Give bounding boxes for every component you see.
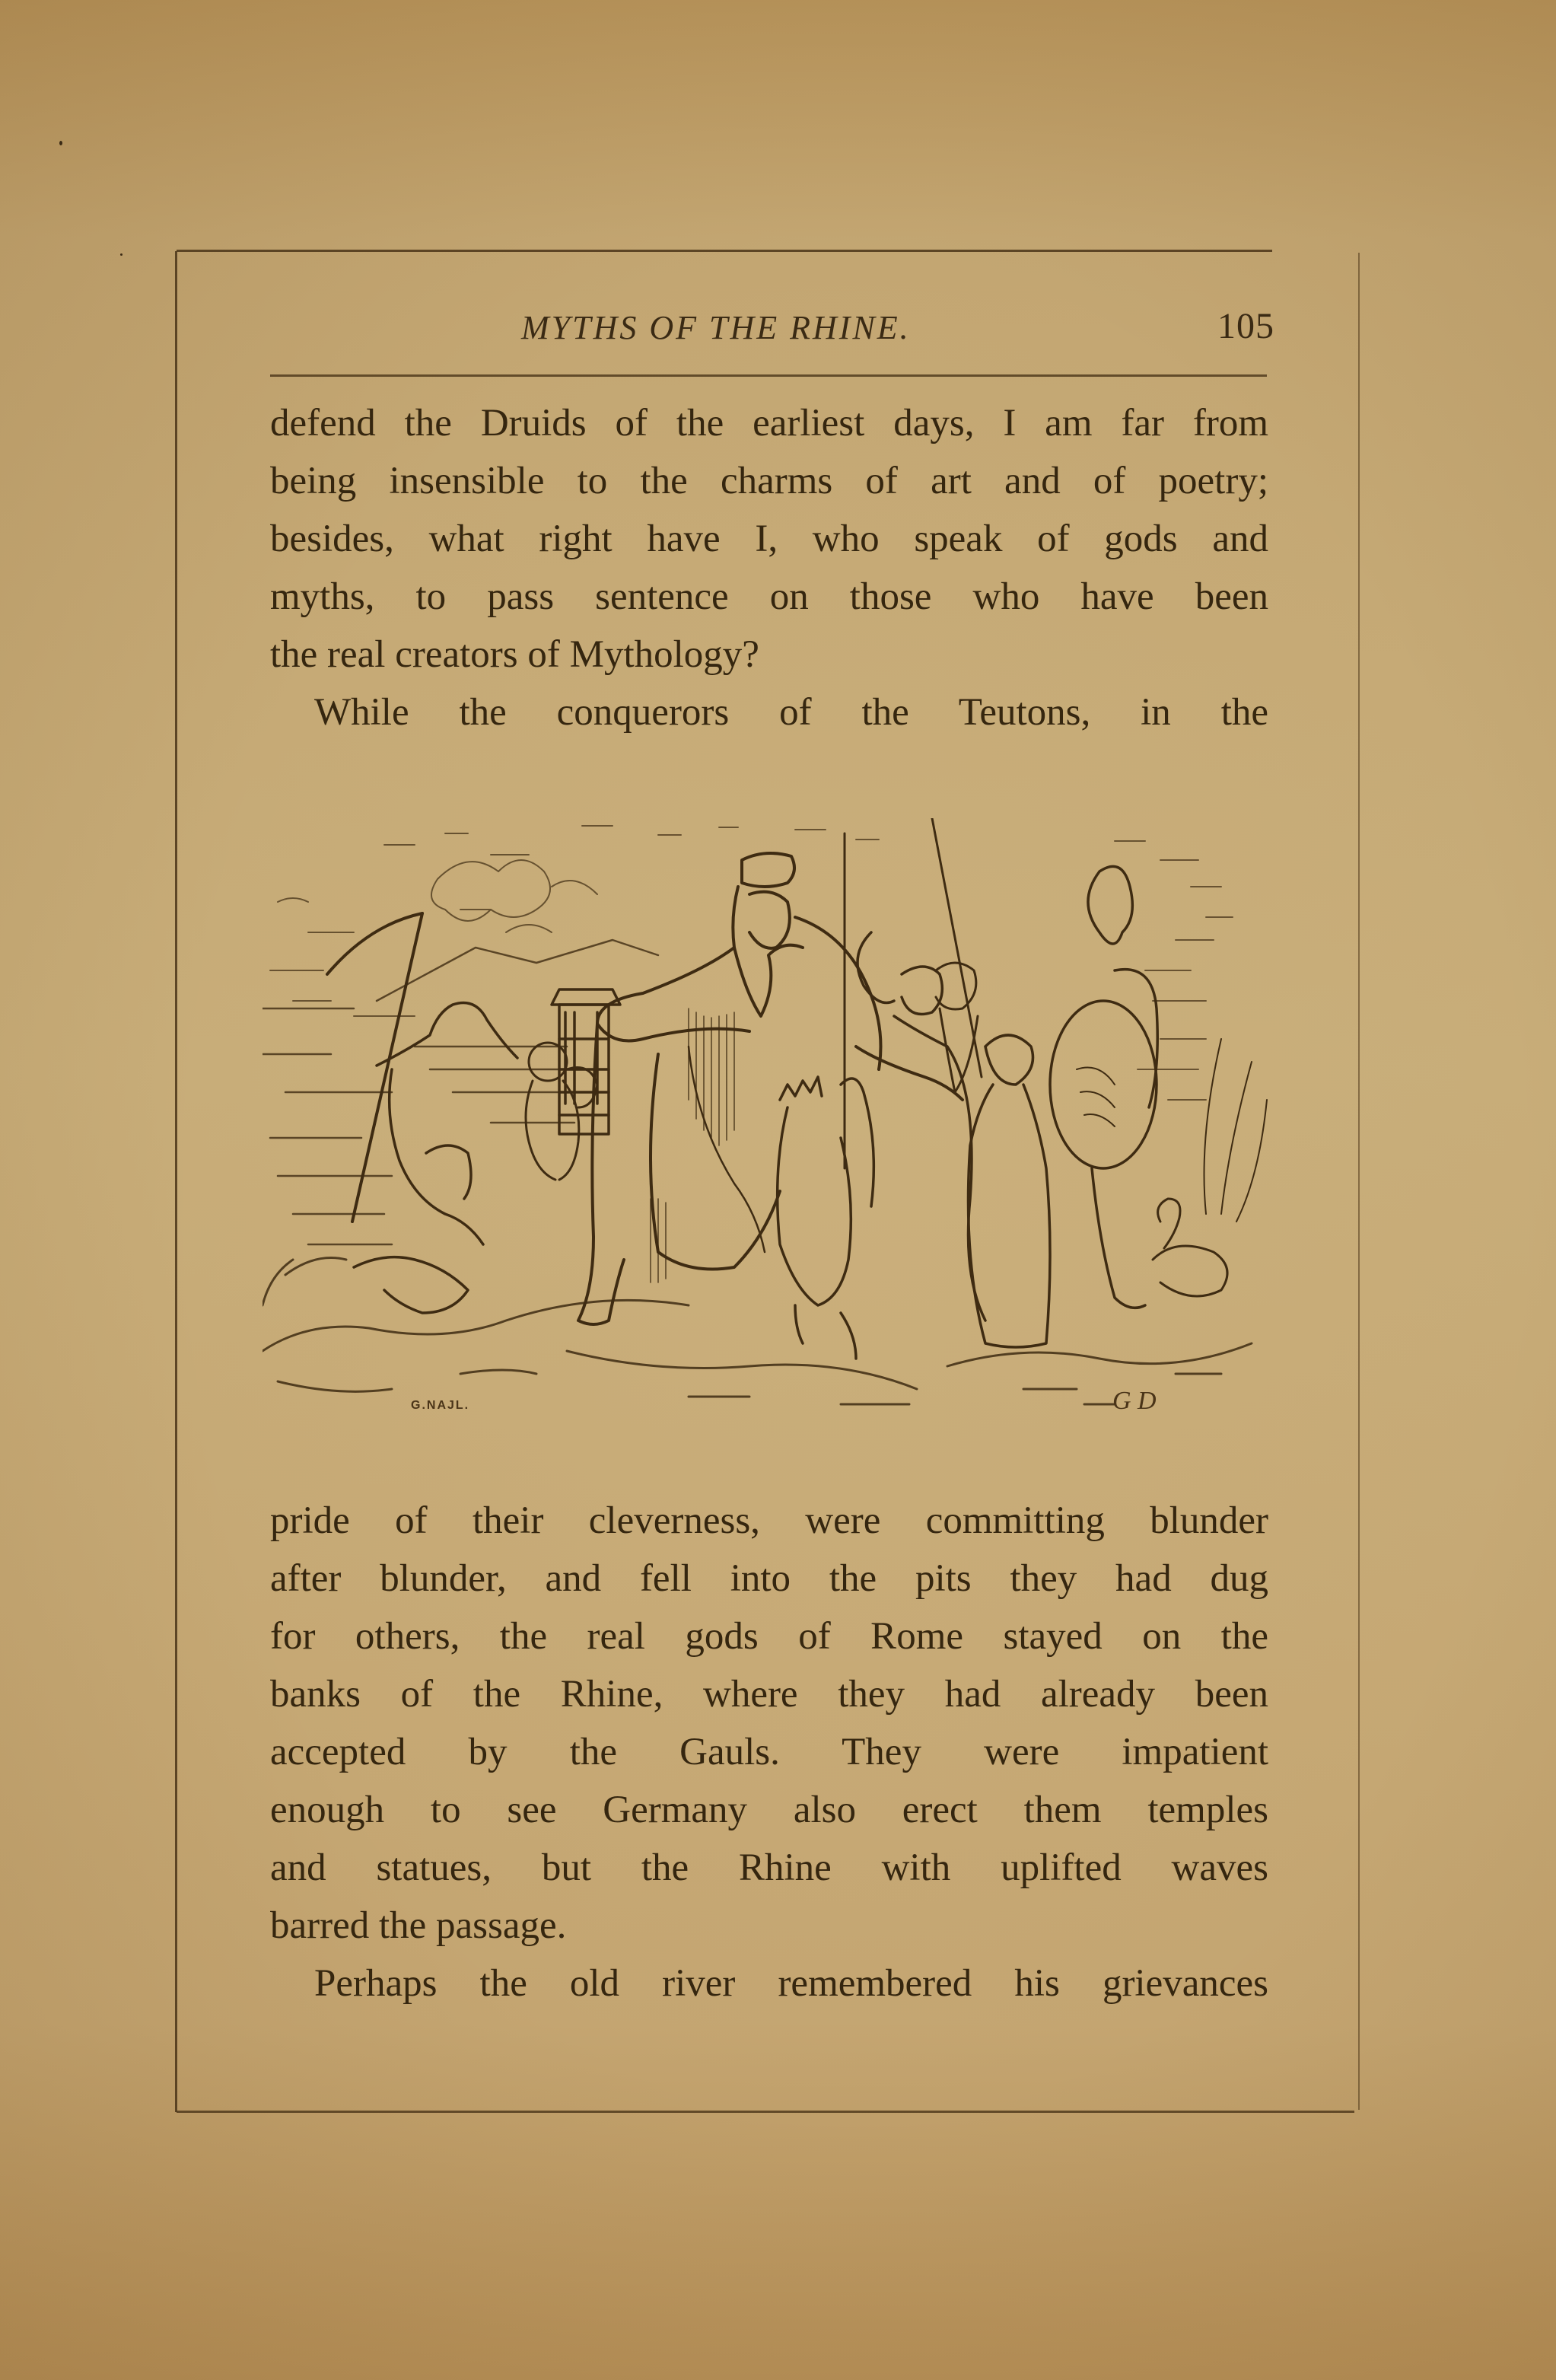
text-line: myths, to pass sentence on those who hav…: [270, 568, 1268, 626]
running-title: MYTHS OF THE RHINE.: [521, 308, 911, 347]
header-rule: [270, 374, 1267, 377]
text-line: besides, what right have I, who speak of…: [270, 510, 1268, 568]
text-line: and statues, but the Rhine with uplifted…: [270, 1839, 1268, 1897]
river-god-engraving-icon: [263, 818, 1278, 1435]
text-line: enough to see Germany also erect them te…: [270, 1781, 1268, 1839]
text-line: for others, the real gods of Rome stayed…: [270, 1607, 1268, 1665]
engraving-illustration: [263, 818, 1278, 1435]
running-head: MYTHS OF THE RHINE. 105: [270, 308, 1274, 354]
text-block-after-illustration: pride of their cleverness, were committi…: [270, 1492, 1268, 2012]
page-number: 105: [1217, 305, 1274, 347]
page-frame-top: [177, 250, 1272, 252]
page-frame-left: [175, 251, 177, 2112]
page-frame-bottom: [177, 2111, 1354, 2113]
engraver-signature: G.NAJL.: [411, 1399, 469, 1413]
text-line: While the conquerors of the Teutons, in …: [270, 683, 1268, 741]
text-line: defend the Druids of the earliest days, …: [270, 394, 1268, 452]
paper-speck: [120, 253, 123, 256]
text-line: banks of the Rhine, where they had alrea…: [270, 1665, 1268, 1723]
text-line: accepted by the Gauls. They were impatie…: [270, 1723, 1268, 1781]
text-line: pride of their cleverness, were committi…: [270, 1492, 1268, 1550]
page-frame-right: [1358, 253, 1360, 2110]
text-line: being insensible to the charms of art an…: [270, 452, 1268, 510]
text-line: after blunder, and fell into the pits th…: [270, 1550, 1268, 1607]
text-line: the real creators of Mythology?: [270, 626, 1268, 683]
text-block-before-illustration: defend the Druids of the earliest days, …: [270, 394, 1268, 741]
text-line: Perhaps the old river remembered his gri…: [270, 1955, 1268, 2012]
paper-speck: [59, 141, 62, 145]
artist-monogram: G D: [1112, 1387, 1157, 1416]
text-line: barred the passage.: [270, 1897, 1268, 1955]
